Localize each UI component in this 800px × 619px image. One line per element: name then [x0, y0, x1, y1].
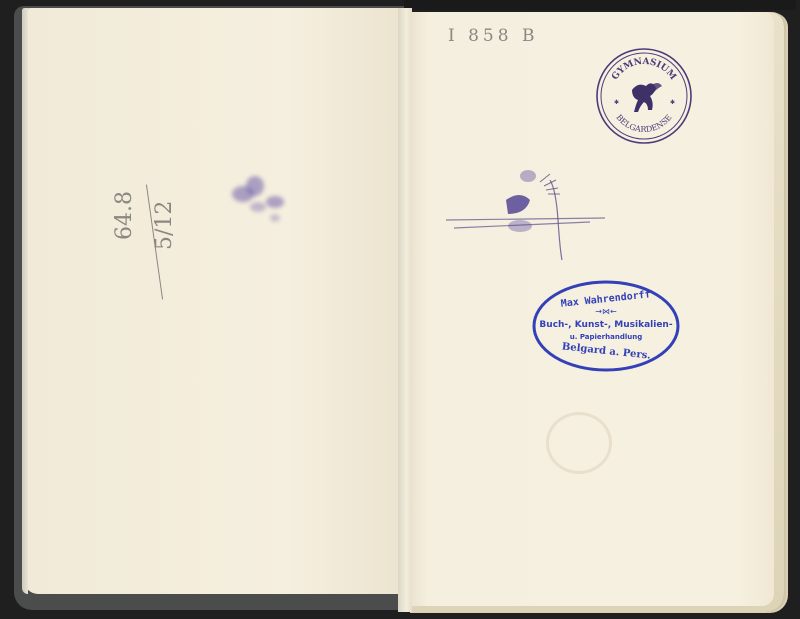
svg-text:BELGARDENSE: BELGARDENSE: [614, 113, 673, 134]
photo-scene: 64.8 5/12 I 858 B GYMNASIUM BELGARDENSE …: [0, 0, 800, 619]
fraction-numerator: 64.8: [112, 191, 137, 240]
inside-front-cover-page: [24, 8, 400, 594]
faint-embossed-seal: [546, 412, 612, 474]
right-cover-edge: [404, 0, 796, 10]
bookseller-stamp-trade-2: u. Papierhandlung: [570, 333, 642, 341]
fraction-denominator: 5/12: [152, 201, 177, 250]
separator-arrow-icon: →⋈←: [595, 307, 617, 316]
bookseller-stamp: Max Wahrendorff →⋈← Buch-, Kunst-, Musik…: [530, 278, 682, 374]
call-number: I 858 B: [448, 26, 538, 46]
bookseller-stamp-city: Belgard a. Pers.: [561, 341, 651, 361]
svg-text:✱: ✱: [614, 99, 619, 106]
library-stamp: GYMNASIUM BELGARDENSE ✱ ✱: [594, 46, 694, 146]
handwritten-fraction: 64.8 5/12: [120, 180, 220, 300]
book-gutter: [398, 8, 412, 612]
svg-text:✱: ✱: [670, 99, 675, 106]
library-stamp-bottom-text: BELGARDENSE: [614, 113, 673, 134]
griffin-emblem-icon: [632, 83, 662, 112]
bookseller-stamp-trade: Buch-, Kunst-, Musikalien-: [539, 320, 672, 330]
ink-blot-scribble: [440, 160, 610, 270]
